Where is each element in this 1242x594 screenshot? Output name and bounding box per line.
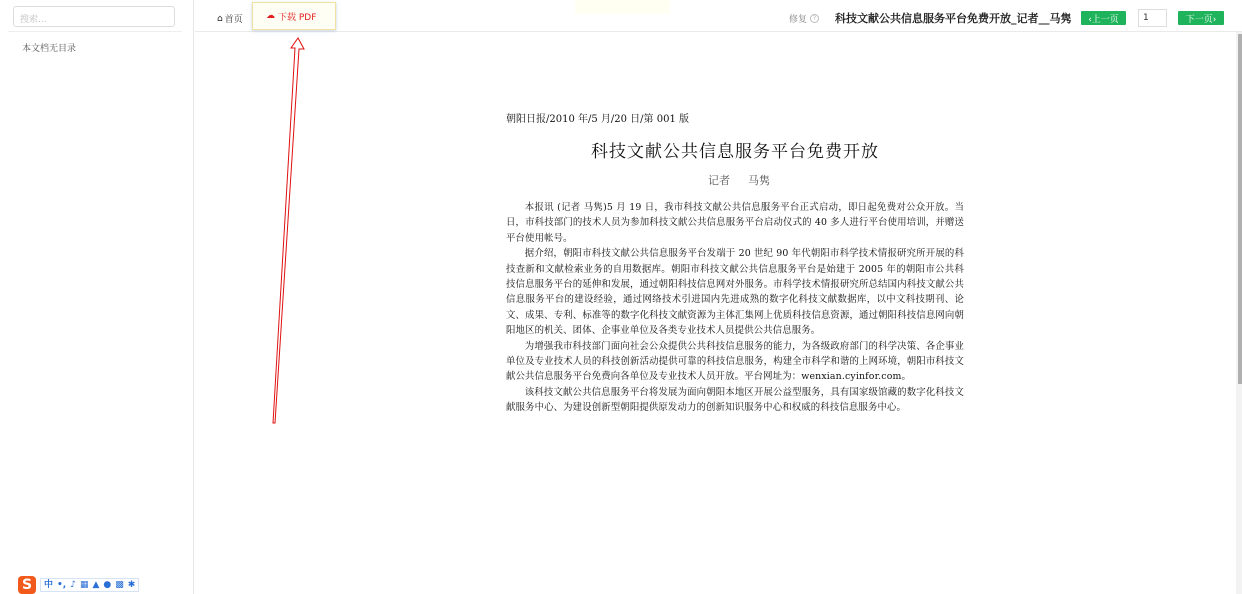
chinese-mode-icon[interactable]: 中 xyxy=(44,579,53,591)
sogou-logo-icon[interactable]: S xyxy=(18,576,36,594)
download-pdf-button[interactable]: ☁ 下载 PDF xyxy=(252,2,336,30)
top-toolbar: ⌂ 首页 ☁ 下载 PDF 修复 ? 科技文献公共信息服务平台免费开放_记者__… xyxy=(195,0,1242,32)
punctuation-icon[interactable]: •, xyxy=(57,579,66,591)
cloud-icon[interactable]: ● xyxy=(103,579,111,591)
toc-empty-message: 本文档无目录 xyxy=(22,41,76,54)
cloud-download-icon: ☁ xyxy=(266,11,275,21)
paragraph: 为增强我市科技部门面向社会公众提供公共科技信息服务的能力，为各级政府部门的科学决… xyxy=(506,339,964,385)
help-circle-icon[interactable]: ? xyxy=(810,14,819,23)
document-page: 朝阳日报/2010 年/5 月/20 日/第 001 版 科技文献公共信息服务平… xyxy=(506,112,964,416)
search-box[interactable] xyxy=(13,6,175,27)
search-input[interactable] xyxy=(14,11,174,30)
byline-role: 记者 xyxy=(708,174,730,187)
next-page-button[interactable]: 下一页› xyxy=(1178,11,1224,25)
paragraph: 本报讯 (记者 马隽)5 月 19 日，我市科技文献公共信息服务平台正式启动，即… xyxy=(506,200,964,246)
keyboard-icon[interactable]: ▦ xyxy=(80,579,89,591)
headline: 科技文献公共信息服务平台免费开放 xyxy=(506,141,964,163)
microphone-icon[interactable]: ♪ xyxy=(70,579,76,591)
sidebar-divider xyxy=(8,31,182,32)
faint-highlight-box xyxy=(575,0,670,14)
page-number-input[interactable] xyxy=(1138,9,1167,27)
byline-name: 马隽 xyxy=(748,174,770,187)
sidebar: 本文档无目录 S 中 •, ♪ ▦ ▲ ● ▩ ✱ xyxy=(0,0,194,594)
ime-icon-group: 中 •, ♪ ▦ ▲ ● ▩ ✱ xyxy=(40,578,139,592)
repair-link[interactable]: 修复 ? xyxy=(789,12,819,25)
article-body: 本报讯 (记者 马隽)5 月 19 日，我市科技文献公共信息服务平台正式启动，即… xyxy=(506,200,964,416)
byline: 记者马隽 xyxy=(506,173,964,189)
skin-shirt-icon[interactable]: ▲ xyxy=(92,579,99,591)
repair-label: 修复 xyxy=(789,12,807,25)
paragraph: 该科技文献公共信息服务平台将发展为面向朝阳本地区开展公益型服务，具有国家级馆藏的… xyxy=(506,385,964,416)
download-pdf-label: 下载 PDF xyxy=(278,10,316,23)
prev-page-button[interactable]: ‹上一页 xyxy=(1081,11,1126,25)
document-title: 科技文献公共信息服务平台免费开放_记者__马隽 xyxy=(835,10,1072,26)
home-label: 首页 xyxy=(225,12,243,25)
home-link[interactable]: ⌂ 首页 xyxy=(217,12,243,25)
dateline: 朝阳日报/2010 年/5 月/20 日/第 001 版 xyxy=(506,112,964,128)
scrollbar-thumb[interactable] xyxy=(1238,34,1242,384)
settings-gear-icon[interactable]: ✱ xyxy=(128,579,136,591)
paragraph: 据介绍，朝阳市科技文献公共信息服务平台发端于 20 世纪 90 年代朝阳市科学技… xyxy=(506,246,964,338)
ime-toolbar: S 中 •, ♪ ▦ ▲ ● ▩ ✱ xyxy=(18,576,139,594)
toolbox-grid-icon[interactable]: ▩ xyxy=(115,579,124,591)
home-icon: ⌂ xyxy=(217,14,223,24)
